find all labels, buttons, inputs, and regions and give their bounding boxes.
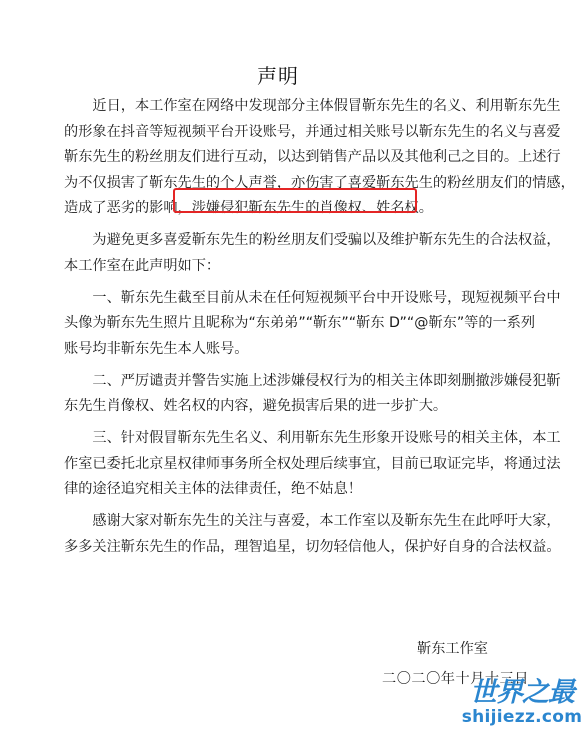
- watermark-url: shijiezz.com: [460, 708, 584, 726]
- text-fragment: 造成了恶劣的影响，: [64, 200, 192, 216]
- text-line: 律的途径追究相关主体的法律责任，绝不姑息！: [64, 477, 522, 503]
- paragraph-purpose: 为避免更多喜爱靳东先生的粉丝朋友们受骗以及维护靳东先生的合法权益， 本工作室在此…: [64, 228, 522, 279]
- statement-date: 二〇二〇年十月十三日: [382, 668, 529, 688]
- document-title: 声明: [0, 60, 556, 89]
- paragraph-point-1: 一、靳东先生截至目前从未在任何短视频平台中开设账号，现短视频平台中 头像为靳东先…: [64, 286, 522, 363]
- text-line: 的形象在抖音等短视频平台开设账号，并通过相关账号以靳东先生的名义与喜爱: [64, 120, 522, 146]
- paragraph-closing: 感谢大家对靳东先生的关注与喜爱，本工作室以及靳东先生在此呼吁大家， 多多关注靳东…: [64, 509, 522, 560]
- statement-page: 声明 近日，本工作室在网络中发现部分主体假冒靳东先生的名义、利用靳东先生 的形象…: [0, 0, 586, 733]
- text-line: 为避免更多喜爱靳东先生的粉丝朋友们受骗以及维护靳东先生的合法权益，: [64, 228, 522, 254]
- text-line: 靳东先生的粉丝朋友们进行互动，以达到销售产品以及其他利己之目的。上述行: [64, 145, 522, 171]
- text-line: 作室已委托北京星权律师事务所全权处理后续事宜，目前已取证完毕，将通过法: [64, 452, 522, 478]
- paragraph-point-2: 二、严厉谴责并警告实施上述涉嫌侵权行为的相关主体即刻删撤涉嫌侵犯靳 东先生肖像权…: [64, 369, 522, 420]
- text-line: 造成了恶劣的影响，涉嫌侵犯靳东先生的肖像权、姓名权。: [64, 196, 522, 222]
- text-line: 多多关注靳东先生的作品，理智追星，切勿轻信他人，保护好自身的合法权益。: [64, 535, 522, 561]
- statement-body: 近日，本工作室在网络中发现部分主体假冒靳东先生的名义、利用靳东先生 的形象在抖音…: [64, 94, 522, 567]
- text-line: 东先生肖像权、姓名权的内容，避免损害后果的进一步扩大。: [64, 394, 522, 420]
- text-line: 本工作室在此声明如下：: [64, 254, 522, 280]
- signature: 靳东工作室: [417, 638, 488, 658]
- text-line: 二、严厉谴责并警告实施上述涉嫌侵权行为的相关主体即刻删撤涉嫌侵犯靳: [64, 369, 522, 395]
- text-line: 感谢大家对靳东先生的关注与喜爱，本工作室以及靳东先生在此呼吁大家，: [64, 509, 522, 535]
- highlighted-text: 涉嫌侵犯靳东先生的肖像权、姓名权。: [192, 200, 433, 216]
- text-line: 头像为靳东先生照片且昵称为“东弟弟”“靳东”“靳东 D”“@靳东”等的一系列: [64, 311, 522, 337]
- text-line: 一、靳东先生截至目前从未在任何短视频平台中开设账号，现短视频平台中: [64, 286, 522, 312]
- text-line: 近日，本工作室在网络中发现部分主体假冒靳东先生的名义、利用靳东先生: [64, 94, 522, 120]
- text-line: 为不仅损害了靳东先生的个人声誉，亦伤害了喜爱靳东先生的粉丝朋友们的情感，: [64, 171, 522, 197]
- paragraph-point-3: 三、针对假冒靳东先生名义、利用靳东先生形象开设账号的相关主体，本工 作室已委托北…: [64, 426, 522, 503]
- paragraph-intro: 近日，本工作室在网络中发现部分主体假冒靳东先生的名义、利用靳东先生 的形象在抖音…: [64, 94, 522, 222]
- text-line: 三、针对假冒靳东先生名义、利用靳东先生形象开设账号的相关主体，本工: [64, 426, 522, 452]
- text-line: 账号均非靳东先生本人账号。: [64, 337, 522, 363]
